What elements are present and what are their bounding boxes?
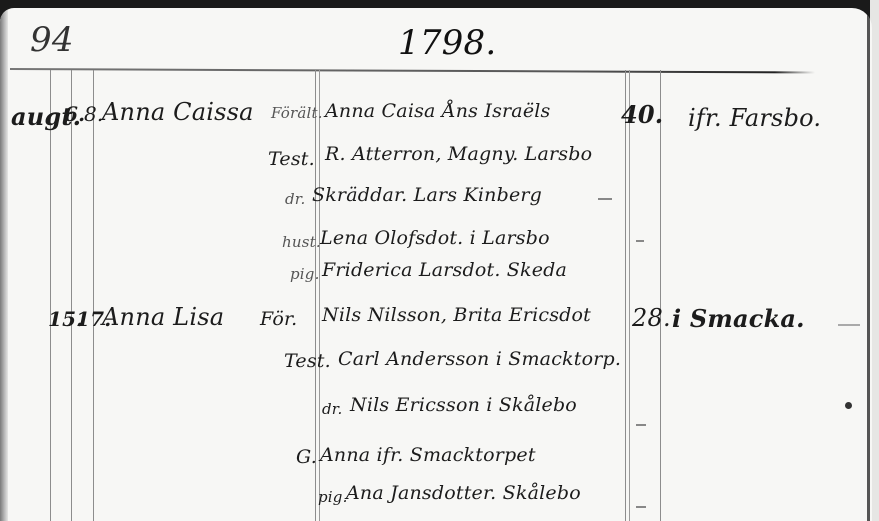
column-rule-age (660, 70, 661, 521)
entry-child-name: Anna Lisa (102, 303, 224, 331)
witness-label: dr. (285, 190, 306, 208)
year-heading: 1798. (398, 23, 496, 63)
entry-child-name: Anna Caissa (102, 98, 254, 126)
witness-label: dr. (322, 400, 343, 418)
entry-residence: ifr. Farsbo. (688, 104, 821, 132)
column-rule-month (50, 70, 51, 521)
entry-parents-label: För. (260, 308, 297, 330)
entry-residence: i Smacka. (672, 304, 805, 333)
dash-mark (636, 424, 646, 426)
entry-mother-age: 28. (632, 304, 671, 332)
witness-line: Skräddar. Lars Kinberg (312, 184, 542, 206)
entry-witness-label: Test. (284, 350, 331, 372)
witness-line: Anna ifr. Smacktorpet (320, 444, 536, 466)
column-rule-baptism (93, 70, 94, 521)
witness-line: Friderica Larsdot. Skeda (322, 259, 567, 281)
entry-parents: Anna Caisa Åns Israëls (325, 100, 551, 122)
column-rule-birth (71, 70, 72, 521)
dash-mark (838, 324, 860, 326)
entry-witness-label: Test. (268, 148, 315, 170)
witness-label: hust. (282, 233, 321, 251)
register-page: 94 1798. augt. 6. 8. Anna Caissa Förält.… (0, 8, 872, 521)
entry-parents-label: Förält. (271, 104, 323, 122)
page-number: 94 (30, 20, 74, 60)
witness-line: R. Atterron, Magny. Larsbo (325, 143, 592, 165)
dash-mark (636, 506, 646, 508)
witness-label: pig. (290, 265, 320, 283)
witness-line: Nils Ericsson i Skålebo (350, 394, 577, 416)
witness-line: Ana Jansdotter. Skålebo (346, 482, 581, 504)
entry-birth-day: 6. (64, 102, 85, 126)
dash-mark (636, 240, 644, 242)
header-rule (10, 68, 815, 74)
entry-mother-age: 40. (621, 100, 663, 129)
ink-speck (845, 402, 852, 409)
witness-label: pig. (318, 488, 348, 506)
book-binding (0, 8, 8, 521)
witness-label: G. (296, 446, 317, 468)
entry-parents: Nils Nilsson, Brita Ericsdot (322, 304, 591, 326)
page-edge (867, 8, 870, 521)
entry-baptism-day: 8. (84, 102, 103, 126)
witness-line: Lena Olofsdot. i Larsbo (320, 227, 550, 249)
column-rule-parents (625, 70, 626, 521)
dash-mark (598, 198, 612, 200)
witness-line: Carl Andersson i Smacktorp. (338, 348, 621, 370)
